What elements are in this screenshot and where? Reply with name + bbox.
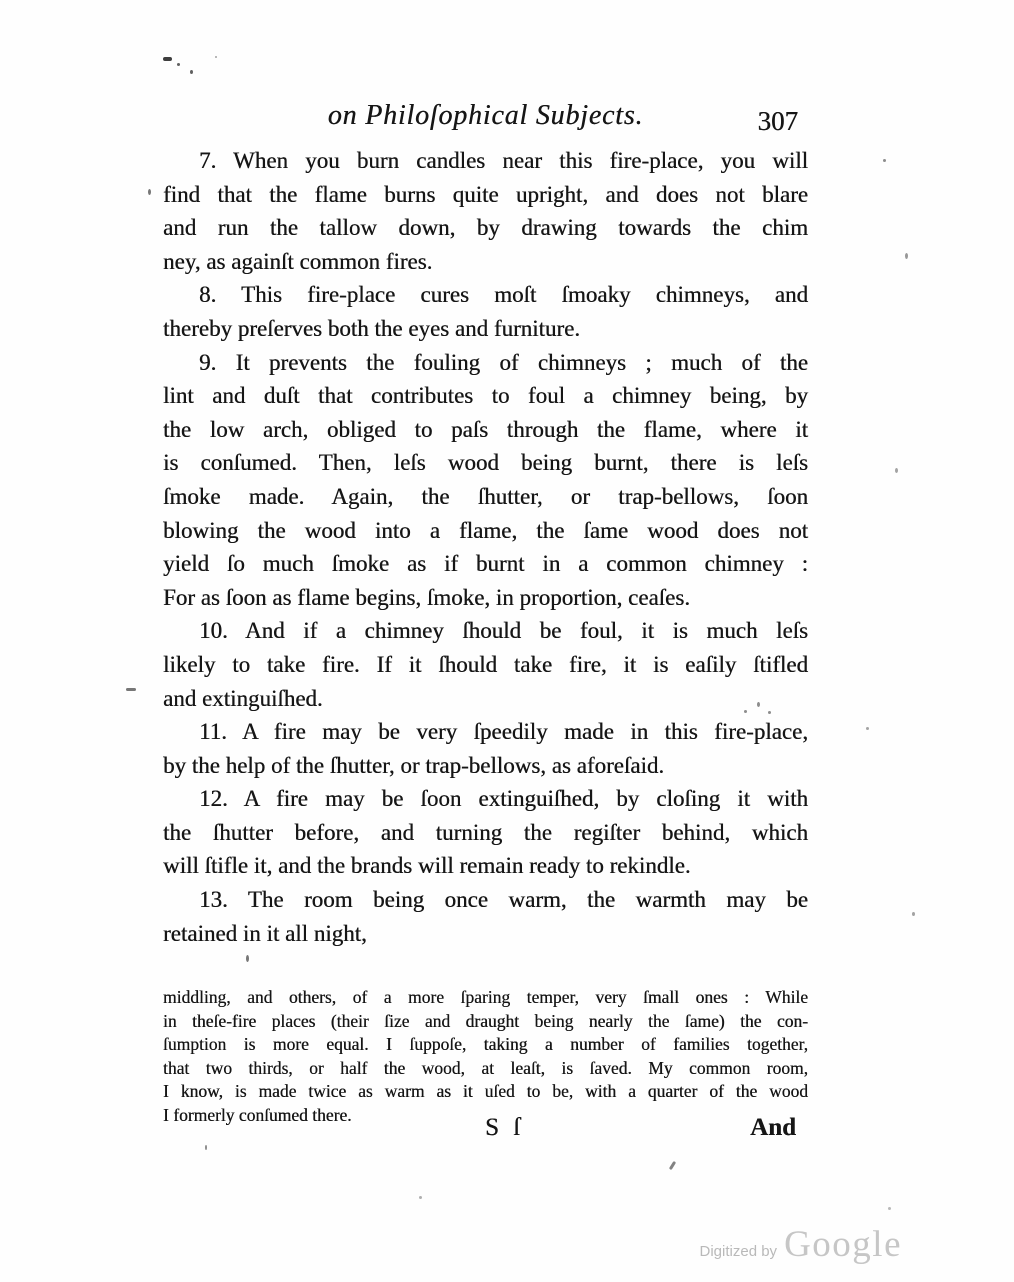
google-logo: Google xyxy=(784,1223,902,1266)
google-watermark: Digitized by Google xyxy=(700,1223,902,1266)
scan-speck xyxy=(905,253,908,259)
scan-speck xyxy=(215,56,217,58)
scan-speck xyxy=(246,955,249,962)
text-line: 9. It prevents the fouling of chimneys ;… xyxy=(163,346,808,380)
scan-speck xyxy=(768,711,771,714)
text-line: thereby preſerves both the eyes and furn… xyxy=(163,312,808,346)
text-line: 7. When you burn candles near this fire-… xyxy=(163,144,808,178)
catchword: And xyxy=(750,1114,796,1142)
footnote-line: I know, is made twice as warm as it uſed… xyxy=(163,1080,808,1104)
footnote-line: that two thirds, or half the wood, at le… xyxy=(163,1057,808,1081)
text-line: retained in it all night, xyxy=(163,917,808,951)
footnote-line: middling, and others, of a more ſparing … xyxy=(163,986,808,1010)
paragraph-9: 9. It prevents the fouling of chimneys ;… xyxy=(163,346,808,615)
text-line: is conſumed. Then, leſs wood being burnt… xyxy=(163,446,808,480)
text-line: and extinguiſhed. xyxy=(163,682,808,716)
text-line: will ſtifle it, and the brands will rema… xyxy=(163,849,808,883)
scan-speck xyxy=(866,727,869,730)
page-header: on Philoſophical Subjects. 307 xyxy=(163,100,808,142)
paragraph-10: 10. And if a chimney ſhould be foul, it … xyxy=(163,614,808,715)
text-line: the ſhutter before, and turning the regi… xyxy=(163,816,808,850)
text-line: and run the tallow down, by drawing towa… xyxy=(163,211,808,245)
scanned-page: on Philoſophical Subjects. 307 7. When y… xyxy=(0,0,1014,1282)
text-line: by the help of the ſhutter, or trap-bell… xyxy=(163,749,808,783)
scan-speck xyxy=(419,1196,422,1199)
signature-row: S ſ And xyxy=(163,1114,808,1148)
text-line: lint and duſt that contributes to foul a… xyxy=(163,379,808,413)
scan-speck xyxy=(177,63,180,66)
main-text: 7. When you burn candles near this fire-… xyxy=(163,144,808,950)
scan-speck xyxy=(126,688,136,691)
text-line: blowing the wood into a flame, the ſame … xyxy=(163,514,808,548)
text-line: likely to take fire. If it ſhould take f… xyxy=(163,648,808,682)
page-number: 307 xyxy=(758,106,799,137)
scan-speck xyxy=(757,702,760,707)
paragraph-12: 12. A fire may be ſoon extinguiſhed, by … xyxy=(163,782,808,883)
footnote: middling, and others, of a more ſparing … xyxy=(163,986,808,1128)
scan-speck xyxy=(744,710,747,713)
text-line: ſmoke made. Again, the ſhutter, or trap-… xyxy=(163,480,808,514)
paragraph-13: 13. The room being once warm, the warmth… xyxy=(163,883,808,950)
scan-speck xyxy=(163,57,172,61)
text-line: yield ſo much ſmoke as if burnt in a com… xyxy=(163,547,808,581)
text-line: 13. The room being once warm, the warmth… xyxy=(163,883,808,917)
running-title: on Philoſophical Subjects. xyxy=(163,100,808,132)
scan-speck xyxy=(883,159,886,162)
footnote-line: in theſe-fire places (their ſize and dra… xyxy=(163,1010,808,1034)
paragraph-8: 8. This fire-place cures moſt ſmoaky chi… xyxy=(163,278,808,345)
text-line: the low arch, obliged to paſs through th… xyxy=(163,413,808,447)
scan-speck xyxy=(190,70,193,74)
text-line: For as ſoon as flame begins, ſmoke, in p… xyxy=(163,581,808,615)
scan-speck xyxy=(669,1161,676,1170)
paragraph-11: 11. A fire may be very ſpeedily made in … xyxy=(163,715,808,782)
text-line: 10. And if a chimney ſhould be foul, it … xyxy=(163,614,808,648)
footnote-line: ſumption is more equal. I ſuppoſe, takin… xyxy=(163,1033,808,1057)
text-line: 11. A fire may be very ſpeedily made in … xyxy=(163,715,808,749)
scan-speck xyxy=(912,912,915,916)
text-line: ney, as againſt common fires. xyxy=(163,245,808,279)
scan-speck xyxy=(895,468,898,473)
signature-mark: S ſ xyxy=(485,1114,524,1142)
watermark-text: Digitized by xyxy=(700,1243,778,1260)
text-line: 12. A fire may be ſoon extinguiſhed, by … xyxy=(163,782,808,816)
scan-speck xyxy=(148,189,151,195)
text-line: find that the flame burns quite upright,… xyxy=(163,178,808,212)
scan-speck xyxy=(888,1207,891,1210)
paragraph-7: 7. When you burn candles near this fire-… xyxy=(163,144,808,278)
text-line: 8. This fire-place cures moſt ſmoaky chi… xyxy=(163,278,808,312)
scan-speck xyxy=(205,1145,207,1150)
